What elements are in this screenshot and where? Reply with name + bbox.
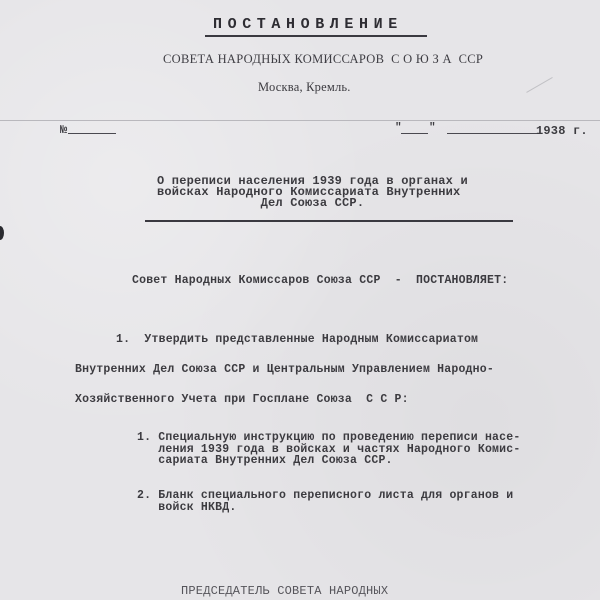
- paragraph-1-line-a: 1. Утвердить представленные Народным Ком…: [116, 333, 478, 346]
- paragraph-1-line-c: Хозяйственного Учета при Госплане Союза …: [75, 393, 409, 406]
- sub-item-1: 1. Специальную инструкцию по проведению …: [137, 432, 520, 467]
- day-blank: [401, 133, 428, 134]
- subject-heading: О переписи населения 1939 года в органах…: [157, 176, 468, 209]
- sub-item-2: 2. Бланк специального переписного листа …: [137, 490, 513, 513]
- date-year: 1938 г.: [536, 124, 588, 138]
- document-page: ПОСТАНОВЛЕНИЕ СОВЕТА НАРОДНЫХ КОМИССАРОВ…: [0, 0, 600, 600]
- paragraph-1-line-b: Внутренних Дел Союза ССР и Центральным У…: [75, 363, 494, 376]
- date-quote-close: ": [429, 122, 436, 134]
- number-label: №: [60, 123, 67, 137]
- month-blank: [447, 133, 537, 134]
- number-blank: [68, 133, 116, 134]
- place: Москва, Кремль.: [258, 80, 351, 95]
- document-title: ПОСТАНОВЛЕНИЕ: [213, 16, 403, 33]
- subject-rule: [145, 220, 513, 222]
- preamble: Совет Народных Комиссаров Союза ССР - ПО…: [132, 274, 508, 287]
- header-rule: [0, 120, 600, 121]
- punch-hole-mark: [0, 226, 4, 240]
- handwritten-mark: [526, 77, 563, 112]
- signature-heading: ПРЕДСЕДАТЕЛЬ СОВЕТА НАРОДНЫХ: [181, 584, 388, 598]
- issuer: СОВЕТА НАРОДНЫХ КОМИССАРОВ С О Ю З А ССР: [163, 52, 483, 67]
- title-underline: [205, 35, 427, 37]
